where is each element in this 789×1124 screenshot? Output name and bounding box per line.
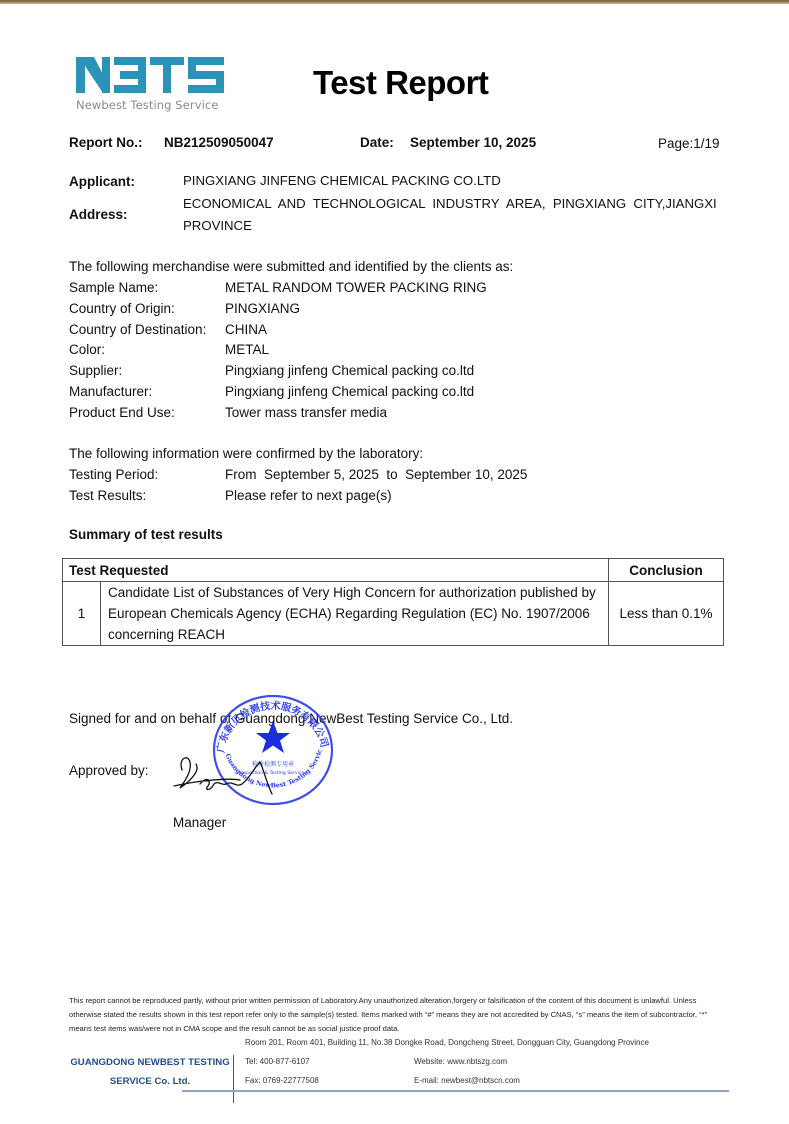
nbts-logo: Newbest Testing Service [76,56,226,116]
footer-vertical-divider [233,1055,234,1103]
page-title: Test Report [313,64,488,102]
address-label: Address: [69,207,128,222]
merchandise-field-label: Country of Origin: [69,301,175,316]
column-test-requested: Test Requested [63,559,609,582]
nbts-logo-mark-icon [76,56,226,98]
merchandise-field-value: CHINA [225,322,267,337]
lab-field-label: Test Results: [69,488,146,503]
row-description-line: European Chemicals Agency (ECHA) Regardi… [108,603,601,624]
merchandise-field-label: Sample Name: [69,280,158,295]
header-decorative-rule [0,0,789,4]
date-label: Date: [360,135,394,150]
merchandise-field-value: PINGXIANG [225,301,300,316]
merchandise-field-label: Supplier: [69,363,122,378]
legal-disclaimer: This report cannot be reproduced partly,… [69,994,725,1036]
applicant-value: PINGXIANG JINFENG CHEMICAL PACKING CO.LT… [183,173,501,188]
merchandise-field-label: Manufacturer: [69,384,152,399]
footer-fax: Fax: 0769-22777508 [245,1076,319,1085]
applicant-label: Applicant: [69,174,135,189]
lab-intro: The following information were confirmed… [69,446,423,461]
footer-email[interactable]: E-mail: newbest@nbtscn.com [414,1076,520,1085]
table-row: 1 Candidate List of Substances of Very H… [63,582,724,646]
lab-field-value: From September 5, 2025 to September 10, … [225,467,527,482]
merchandise-field-label: Product End Use: [69,405,175,420]
merchandise-intro: The following merchandise were submitted… [69,259,513,274]
footer-tel: Tel: 400-877-6107 [245,1057,310,1066]
row-number: 1 [63,582,101,646]
merchandise-field-label: Country of Destination: [69,322,206,337]
lab-field-label: Testing Period: [69,467,158,482]
column-conclusion: Conclusion [609,559,724,582]
merchandise-field-value: METAL RANDOM TOWER PACKING RING [225,280,487,295]
lab-field-value: Please refer to next page(s) [225,488,392,503]
lab-address: Room 201, Room 401, Building 11, No.38 D… [245,1038,649,1047]
row-conclusion: Less than 0.1% [609,582,724,646]
merchandise-field-value: Pingxiang jinfeng Chemical packing co.lt… [225,363,474,378]
date-value: September 10, 2025 [410,135,536,150]
page-indicator: Page:1/19 [658,136,720,151]
logo-subtitle: Newbest Testing Service [76,98,226,112]
address-line-2: PROVINCE [183,218,252,233]
address-line-1: ECONOMICAL AND TECHNOLOGICAL INDUSTRY AR… [183,196,717,211]
approved-by-label: Approved by: [69,763,149,778]
summary-table-header: Test Requested Conclusion [63,559,724,582]
approver-role: Manager [173,815,226,830]
report-no-label: Report No.: [69,135,143,150]
manager-signature-icon [170,750,300,800]
merchandise-field-value: METAL [225,342,269,357]
merchandise-field-value: Tower mass transfer media [225,405,387,420]
row-description-line: concerning REACH [108,624,601,645]
footer-horizontal-divider [182,1090,729,1092]
summary-table: Test Requested Conclusion 1 Candidate Li… [62,558,724,646]
merchandise-field-value: Pingxiang jinfeng Chemical packing co.lt… [225,384,474,399]
footer-company-line-1: GUANGDONG NEWBEST TESTING [70,1057,230,1068]
footer-company-line-2: SERVICE Co. Ltd. [70,1076,230,1087]
row-description: Candidate List of Substances of Very Hig… [101,582,609,646]
report-no-value: NB212509050047 [164,135,274,150]
footer-website[interactable]: Website: www.nbtszg.com [414,1057,507,1066]
merchandise-field-label: Color: [69,342,105,357]
row-description-line: Candidate List of Substances of Very Hig… [108,582,601,603]
summary-heading: Summary of test results [69,527,223,542]
